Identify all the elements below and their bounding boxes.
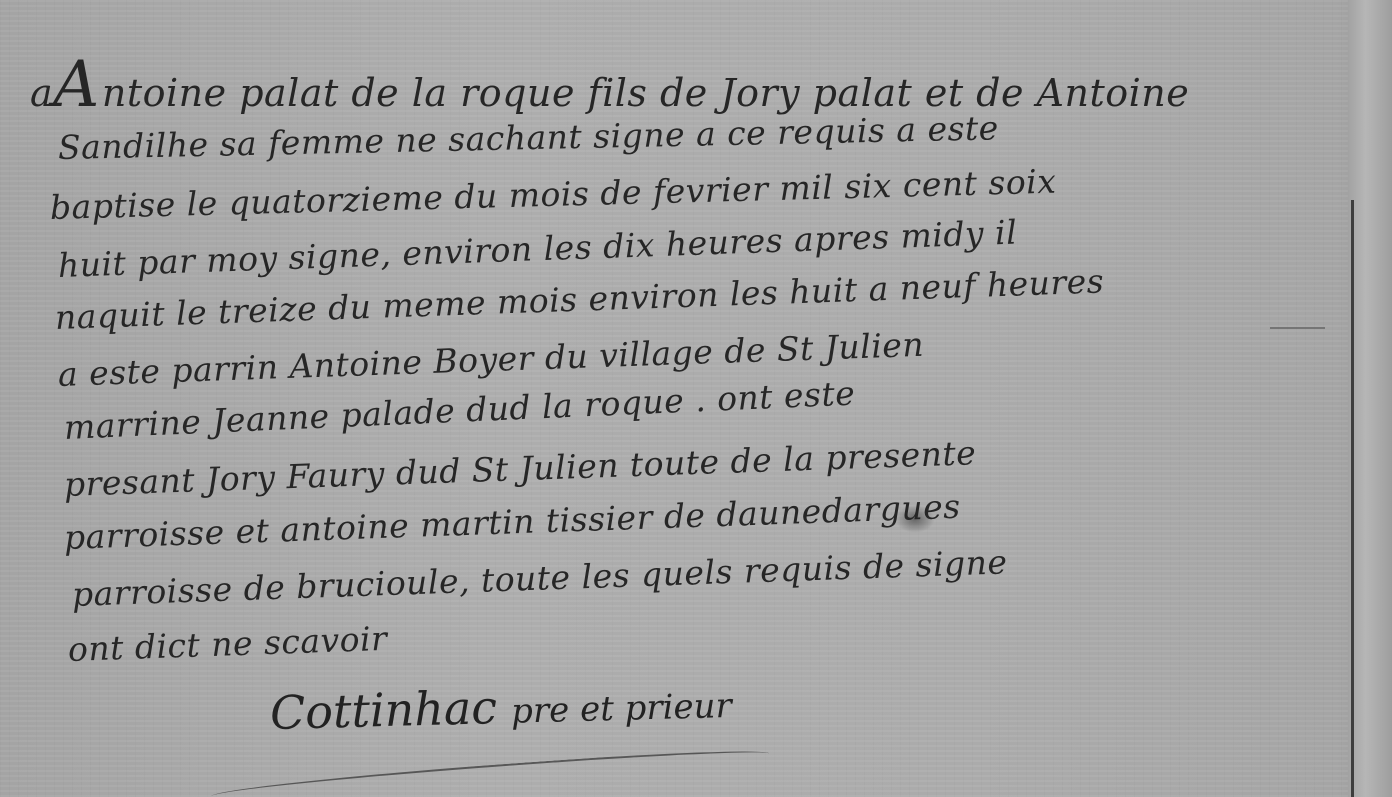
signature-flourish bbox=[210, 745, 770, 797]
scanned-register-page: aAntoine palat de la roque fils de Jory … bbox=[0, 0, 1392, 797]
page-fold-line bbox=[1351, 200, 1354, 797]
entry-line-1: aAntoine palat de la roque fils de Jory … bbox=[30, 48, 1189, 122]
entry-line-1-text: ntoine palat de la roque fils de Jory pa… bbox=[102, 71, 1189, 115]
entry-line-11: ont dict ne scavoir bbox=[67, 619, 388, 669]
signature-name: Cottinhac bbox=[269, 680, 497, 740]
lead-initial: A bbox=[53, 48, 100, 122]
signature-title: pre et prieur bbox=[511, 686, 733, 732]
margin-dash bbox=[1270, 327, 1325, 329]
entry-line-10: parroisse de brucioule, toute les quels … bbox=[71, 542, 1008, 614]
priest-signature: Cottinhacpre et prieur bbox=[269, 674, 732, 740]
lead-prefix: a bbox=[30, 71, 53, 115]
page-binding-edge bbox=[1348, 0, 1392, 797]
